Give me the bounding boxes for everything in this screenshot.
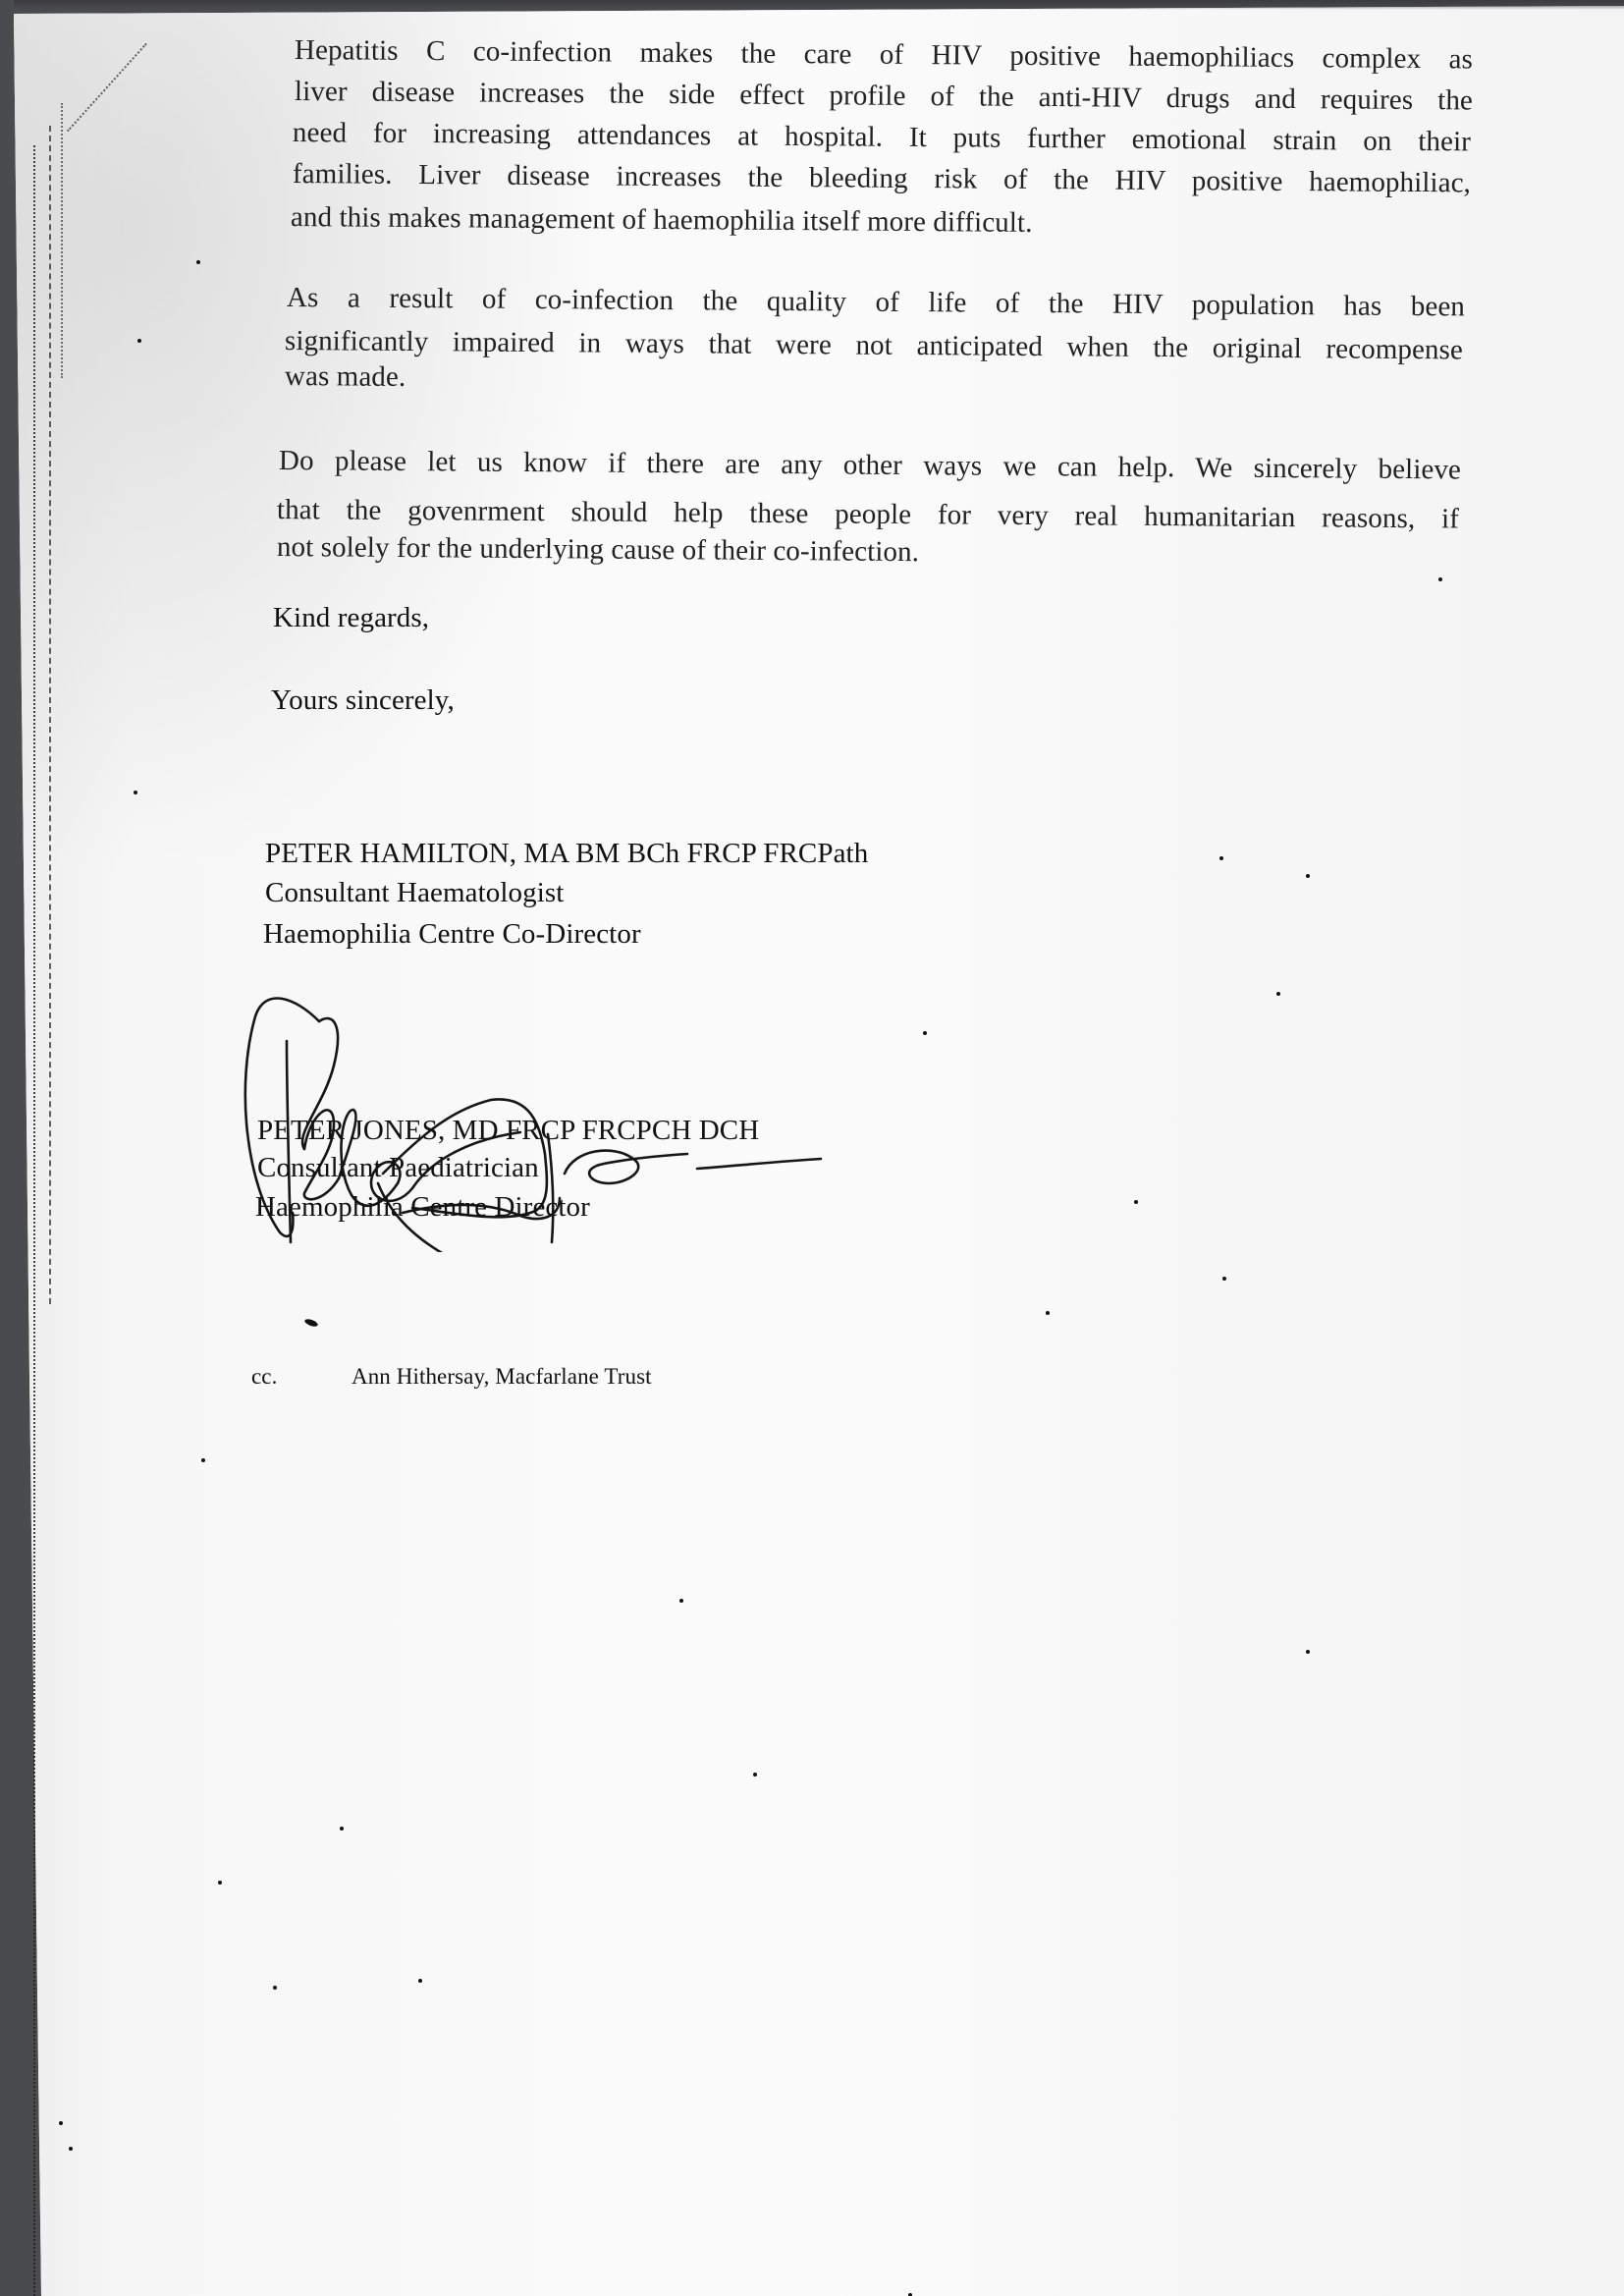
- page-crease-line: [33, 145, 35, 2296]
- closing-regards: Kind regards,: [273, 601, 429, 634]
- signatory-role: Haemophilia Centre Director: [255, 1190, 590, 1224]
- cc-label: cc.: [251, 1360, 277, 1394]
- body-text-line: and this makes management of haemophilia…: [291, 200, 1033, 240]
- cc-recipient: Ann Hithersay, Macfarlane Trust: [352, 1360, 652, 1394]
- page-crease-line: [49, 126, 51, 1304]
- signatory-title: Consultant Paediatrician: [257, 1151, 539, 1184]
- scan-top-edge: [14, 0, 1624, 10]
- closing-valediction: Yours sincerely,: [271, 683, 455, 717]
- signatory-name: PETER HAMILTON, MA BM BCh FRCP FRCPath: [265, 837, 868, 870]
- signatory-name: PETER JONES, MD FRCP FRCPCH DCH: [257, 1114, 759, 1147]
- page-crease-line: [61, 103, 63, 378]
- signatory-title: Consultant Haematologist: [265, 876, 564, 909]
- body-text-line: was made.: [285, 359, 406, 394]
- body-text-line: not solely for the underlying cause of t…: [277, 530, 919, 569]
